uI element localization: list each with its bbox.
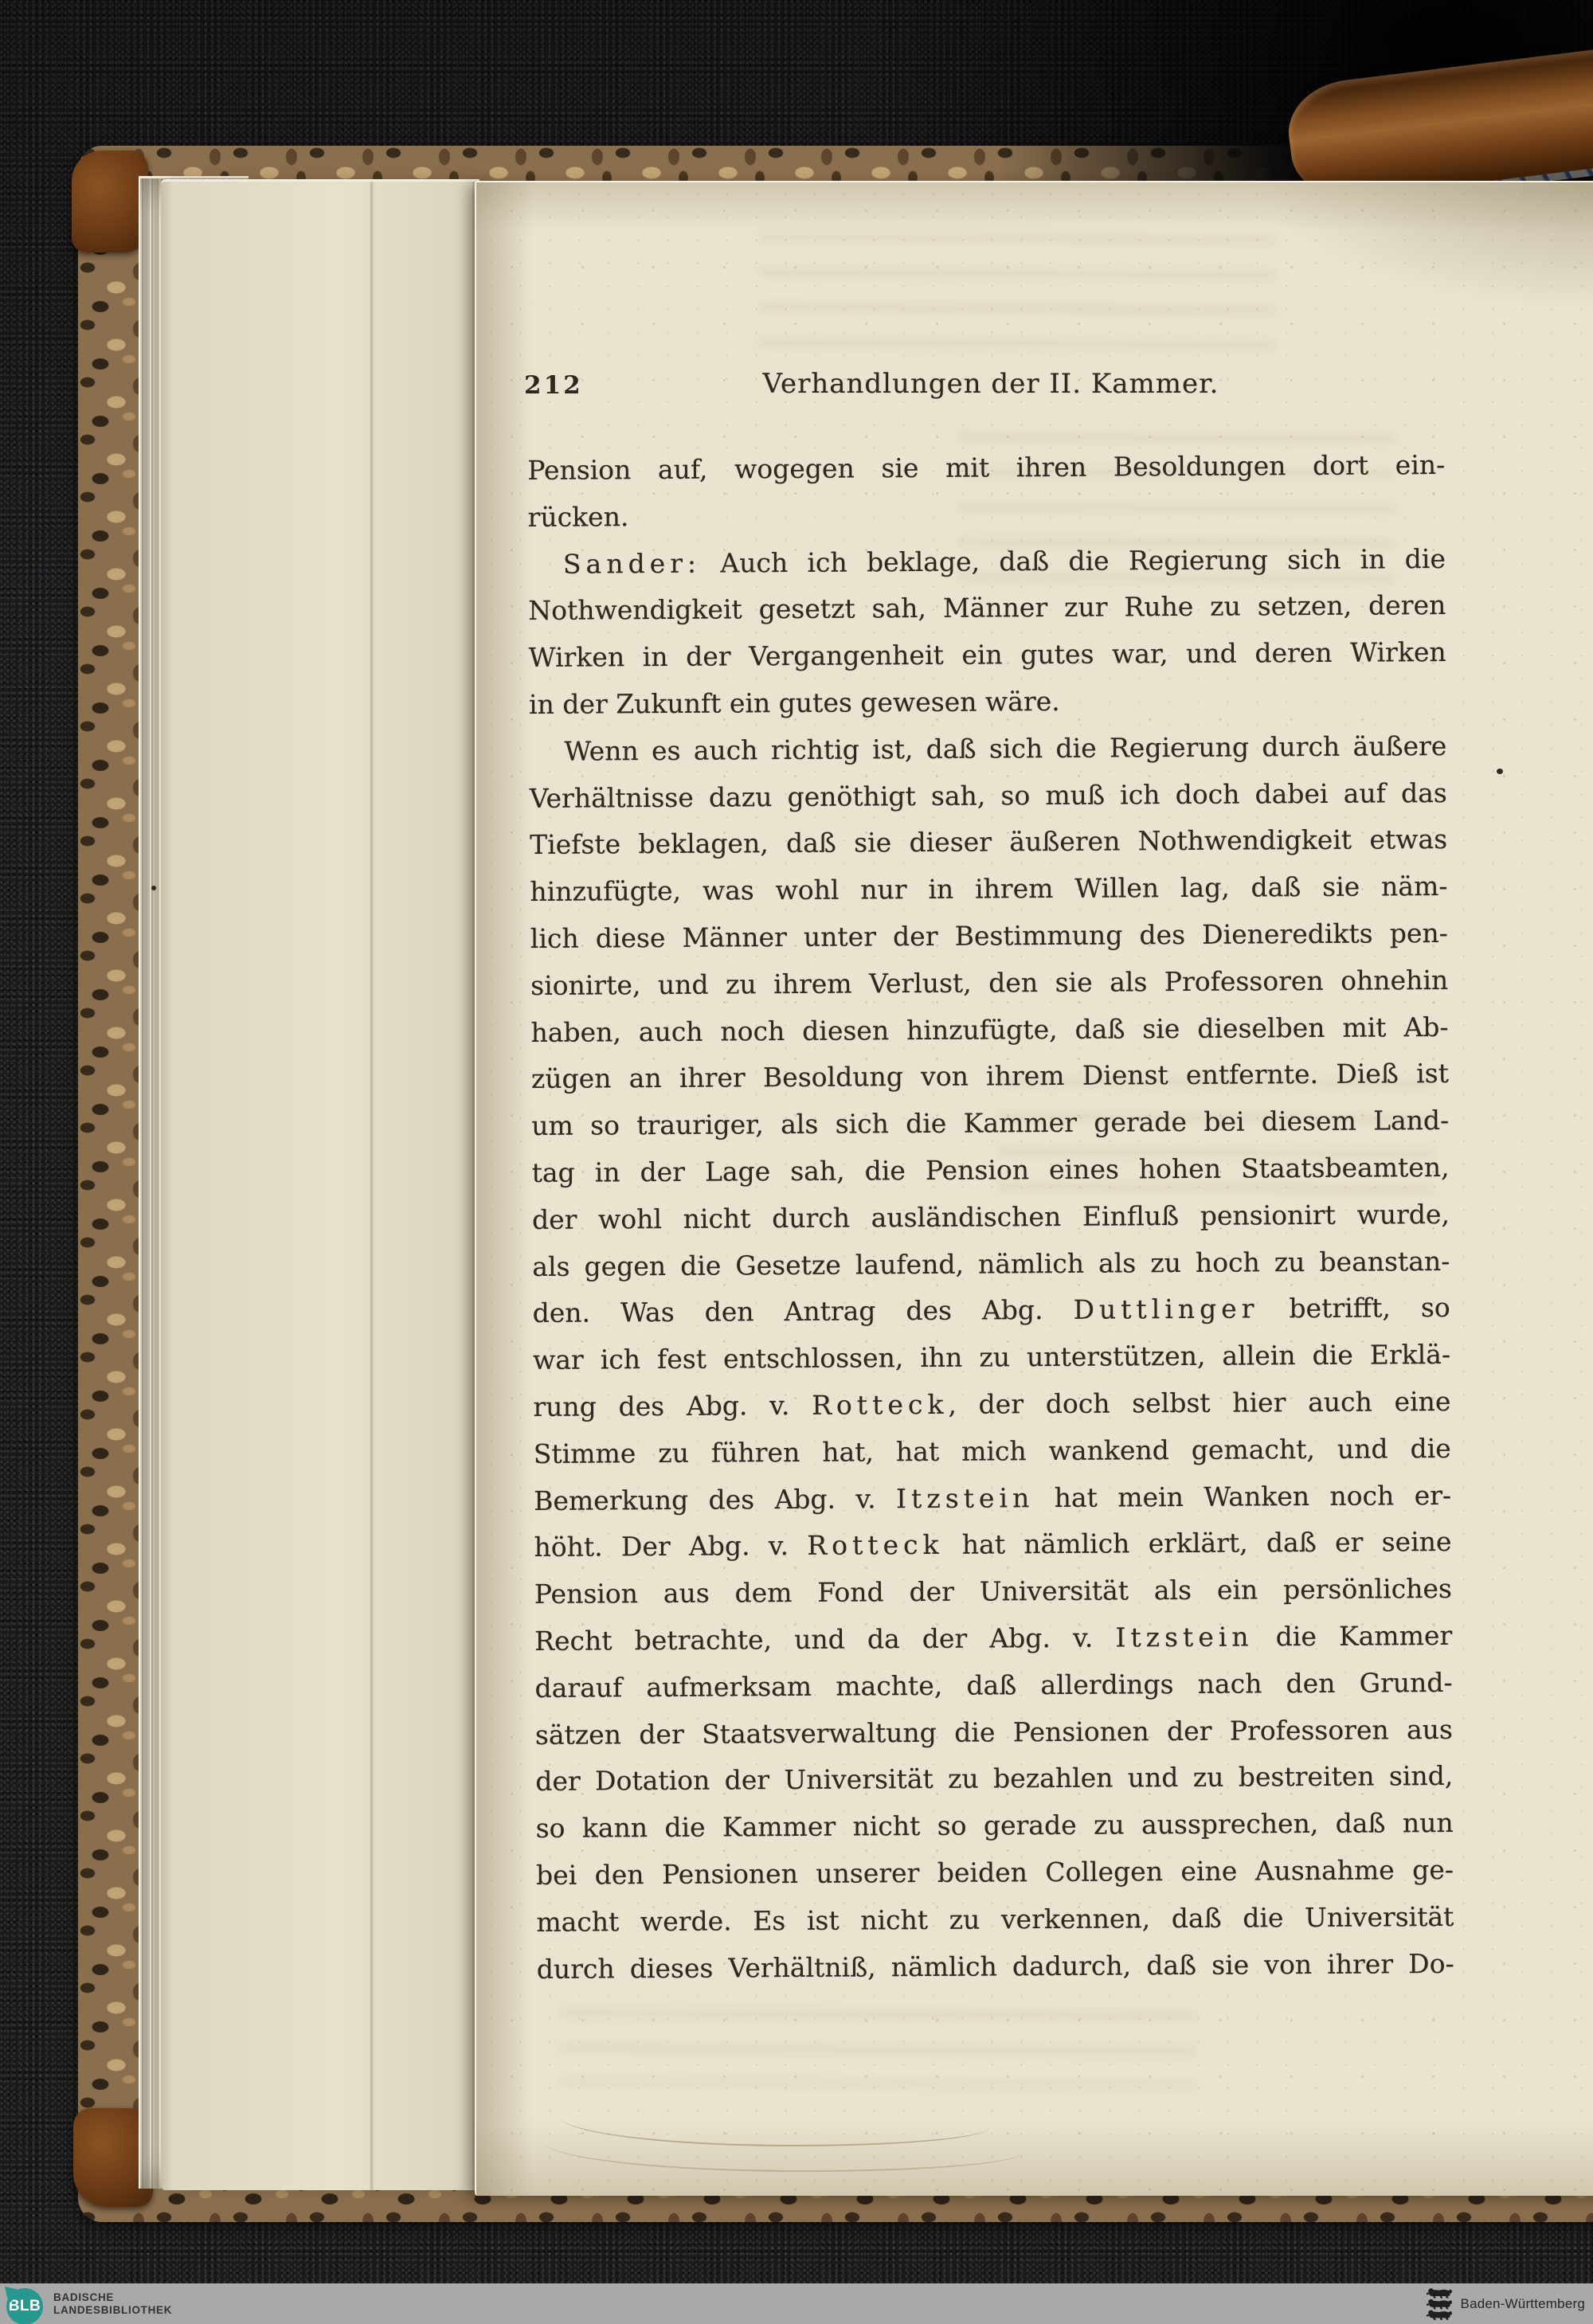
paper-speck [1497,769,1503,774]
text-block: Pension auf, wogegen sie mit ihren Besol… [527,442,1454,1993]
page-header: 212 Verhandlungen der II. Kammer. [532,368,1450,408]
text-line: rung des Abg. v. Rotteck, der doch selbs… [533,1379,1450,1431]
running-header: Verhandlungen der II. Kammer. [532,368,1450,400]
text-line: den. Was den Antrag des Abg. Duttlinger … [533,1285,1450,1337]
underlying-pages [161,179,479,2190]
text-line: hinzufügte, was wohl nur in ihrem Willen… [530,863,1447,916]
text-line: sionirte, und zu ihrem Verlust, den sie … [530,957,1448,1010]
text-line: so kann die Kammer nicht so gerade zu au… [535,1800,1453,1853]
text-line: höht. Der Abg. v. Rotteck hat nämlich er… [534,1519,1451,1571]
page-number: 212 [524,371,583,400]
text-line: sätzen der Staatsverwaltung die Pensione… [535,1706,1453,1759]
open-page: 212 Verhandlungen der II. Kammer. Pensio… [475,181,1593,2196]
text-line: rücken. [527,489,1445,542]
text-line: Wenn es auch richtig ist, daß sich die R… [529,723,1446,776]
book: 212 Verhandlungen der II. Kammer. Pensio… [78,146,1593,2222]
text-line: macht werde. Es ist nicht zu verkennen, … [536,1894,1454,1946]
text-line: in der Zukunft ein gutes gewesen wäre. [529,676,1446,729]
text-line: Sander: Auch ich beklage, daß die Regier… [528,536,1446,589]
scan-viewer: 212 Verhandlungen der II. Kammer. Pensio… [0,0,1593,2324]
text-line: lich diese Männer unter der Bestimmung d… [530,910,1448,963]
leather-corner-top [72,151,148,252]
state-name: Baden-Württemberg [1461,2296,1585,2312]
coat-of-arms-lions-icon [1425,2287,1452,2320]
text-line: Tiefste beklagen, daß sie dieser äußeren… [530,816,1447,869]
paper-speck [151,886,156,890]
footer-bar: BLB BADISCHE LANDESBIBLIOTHEK Baden-Würt… [0,2283,1593,2324]
blb-logo-icon: BLB [6,2288,43,2324]
text-line: der Dotation der Universität zu bezahlen… [535,1753,1453,1806]
text-line: Nothwendigkeit gesetzt sah, Männer zur R… [528,582,1446,635]
text-line: Recht betrachte, und da der Abg. v. Itzs… [534,1613,1452,1665]
showthrough-ghost [559,2007,1197,2090]
text-line: Pension auf, wogegen sie mit ihren Besol… [527,442,1445,495]
text-line: war ich fest entschlossen, ihn zu unters… [533,1332,1450,1384]
text-line: Verhältnisse dazu genöthigt sah, so muß … [530,770,1447,823]
text-line: durch dieses Verhältniß, nämlich dadurch… [537,1940,1454,1993]
showthrough-ghost [758,231,1277,353]
library-name-line2: LANDESBIBLIOTHEK [53,2304,172,2317]
text-line: als gegen die Gesetze laufend, nämlich a… [532,1238,1450,1291]
state-brand: Baden-Württemberg [1425,2287,1585,2320]
text-line: tag in der Lage sah, die Pension eines h… [531,1144,1449,1197]
text-line: Pension aus dem Fond der Universität als… [534,1566,1452,1618]
text-line: darauf aufmerksam machte, daß allerdings… [534,1660,1452,1712]
text-line: bei den Pensionen unserer beiden College… [536,1847,1454,1899]
library-brand: BLB BADISCHE LANDESBIBLIOTHEK [6,2283,172,2324]
text-line: um so trauriger, als sich die Kammer ger… [531,1097,1449,1150]
text-line: Wirken in der Vergangenheit ein gutes wa… [529,629,1446,682]
library-name: BADISCHE LANDESBIBLIOTHEK [53,2291,172,2316]
library-name-line1: BADISCHE [53,2291,172,2304]
text-line: zügen an ihrer Besoldung von ihrem Diens… [531,1050,1449,1103]
text-line: der wohl nicht durch ausländischen Einfl… [532,1191,1450,1244]
text-line: Bemerkung des Abg. v. Itzstein hat mein … [534,1472,1451,1524]
text-line: haben, auch noch diesen hinzufügte, daß … [530,1004,1448,1057]
page-corner-crease [543,2127,1021,2172]
text-line: Stimme zu führen hat, hat mich wankend g… [534,1426,1451,1478]
